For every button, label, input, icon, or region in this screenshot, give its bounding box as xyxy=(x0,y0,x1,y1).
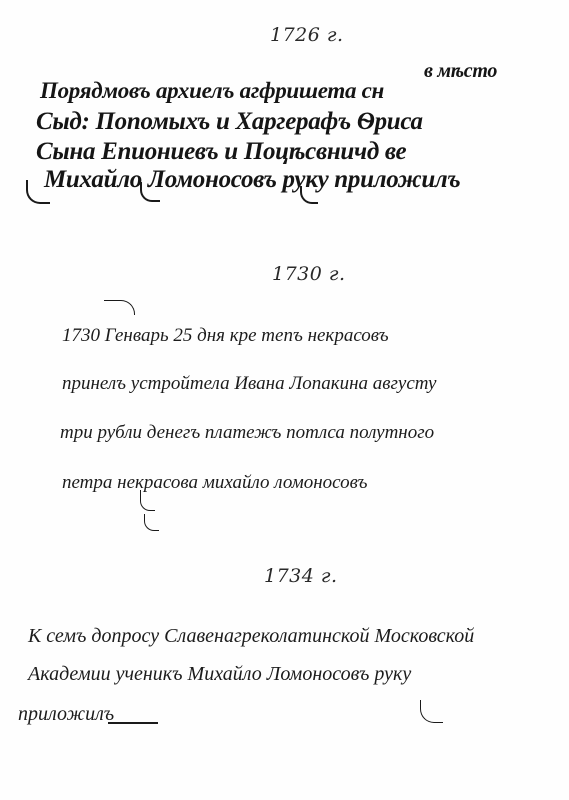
year-heading: 1726 г. xyxy=(270,24,344,46)
handwritten-line: петра некрасова михайло ломоносовъ xyxy=(62,472,367,494)
handwritten-line: 1730 Генварь 25 дня кре тепъ некрасовъ xyxy=(62,325,389,347)
flourish-stroke xyxy=(104,300,135,315)
handwritten-line: К семъ допросу Славенагреколатинской Мос… xyxy=(28,625,474,648)
handwritten-line: принелъ устройтела Ивана Лопакина август… xyxy=(62,373,436,395)
document-page: 1726 г. в мѣсто Порядмовъ архиелъ агфриш… xyxy=(0,0,569,800)
handwritten-line: три рубли денегъ платежъ потлса полутног… xyxy=(60,422,434,444)
handwritten-line: Михайло Ломоносовъ руку приложилъ xyxy=(44,166,460,194)
handwritten-line: Сыд: Попомыхъ и Харгерафъ Ѳриса xyxy=(36,108,423,136)
handwritten-line: Порядмовъ архиелъ агфришета сн xyxy=(40,78,384,104)
handwritten-line: Академии ученикъ Михайло Ломоносовъ руку xyxy=(28,663,411,686)
year-heading: 1730 г. xyxy=(272,263,346,285)
handwritten-line-superscript: в мѣсто xyxy=(424,60,497,83)
year-heading: 1734 г. xyxy=(264,565,338,587)
flourish-stroke xyxy=(420,700,443,723)
flourish-stroke xyxy=(144,514,159,531)
underline-stroke xyxy=(108,722,158,726)
handwritten-line: Сына Епиониевъ и Поцѣсвничд ве xyxy=(36,138,406,166)
handwritten-line: приложилъ xyxy=(18,703,114,726)
